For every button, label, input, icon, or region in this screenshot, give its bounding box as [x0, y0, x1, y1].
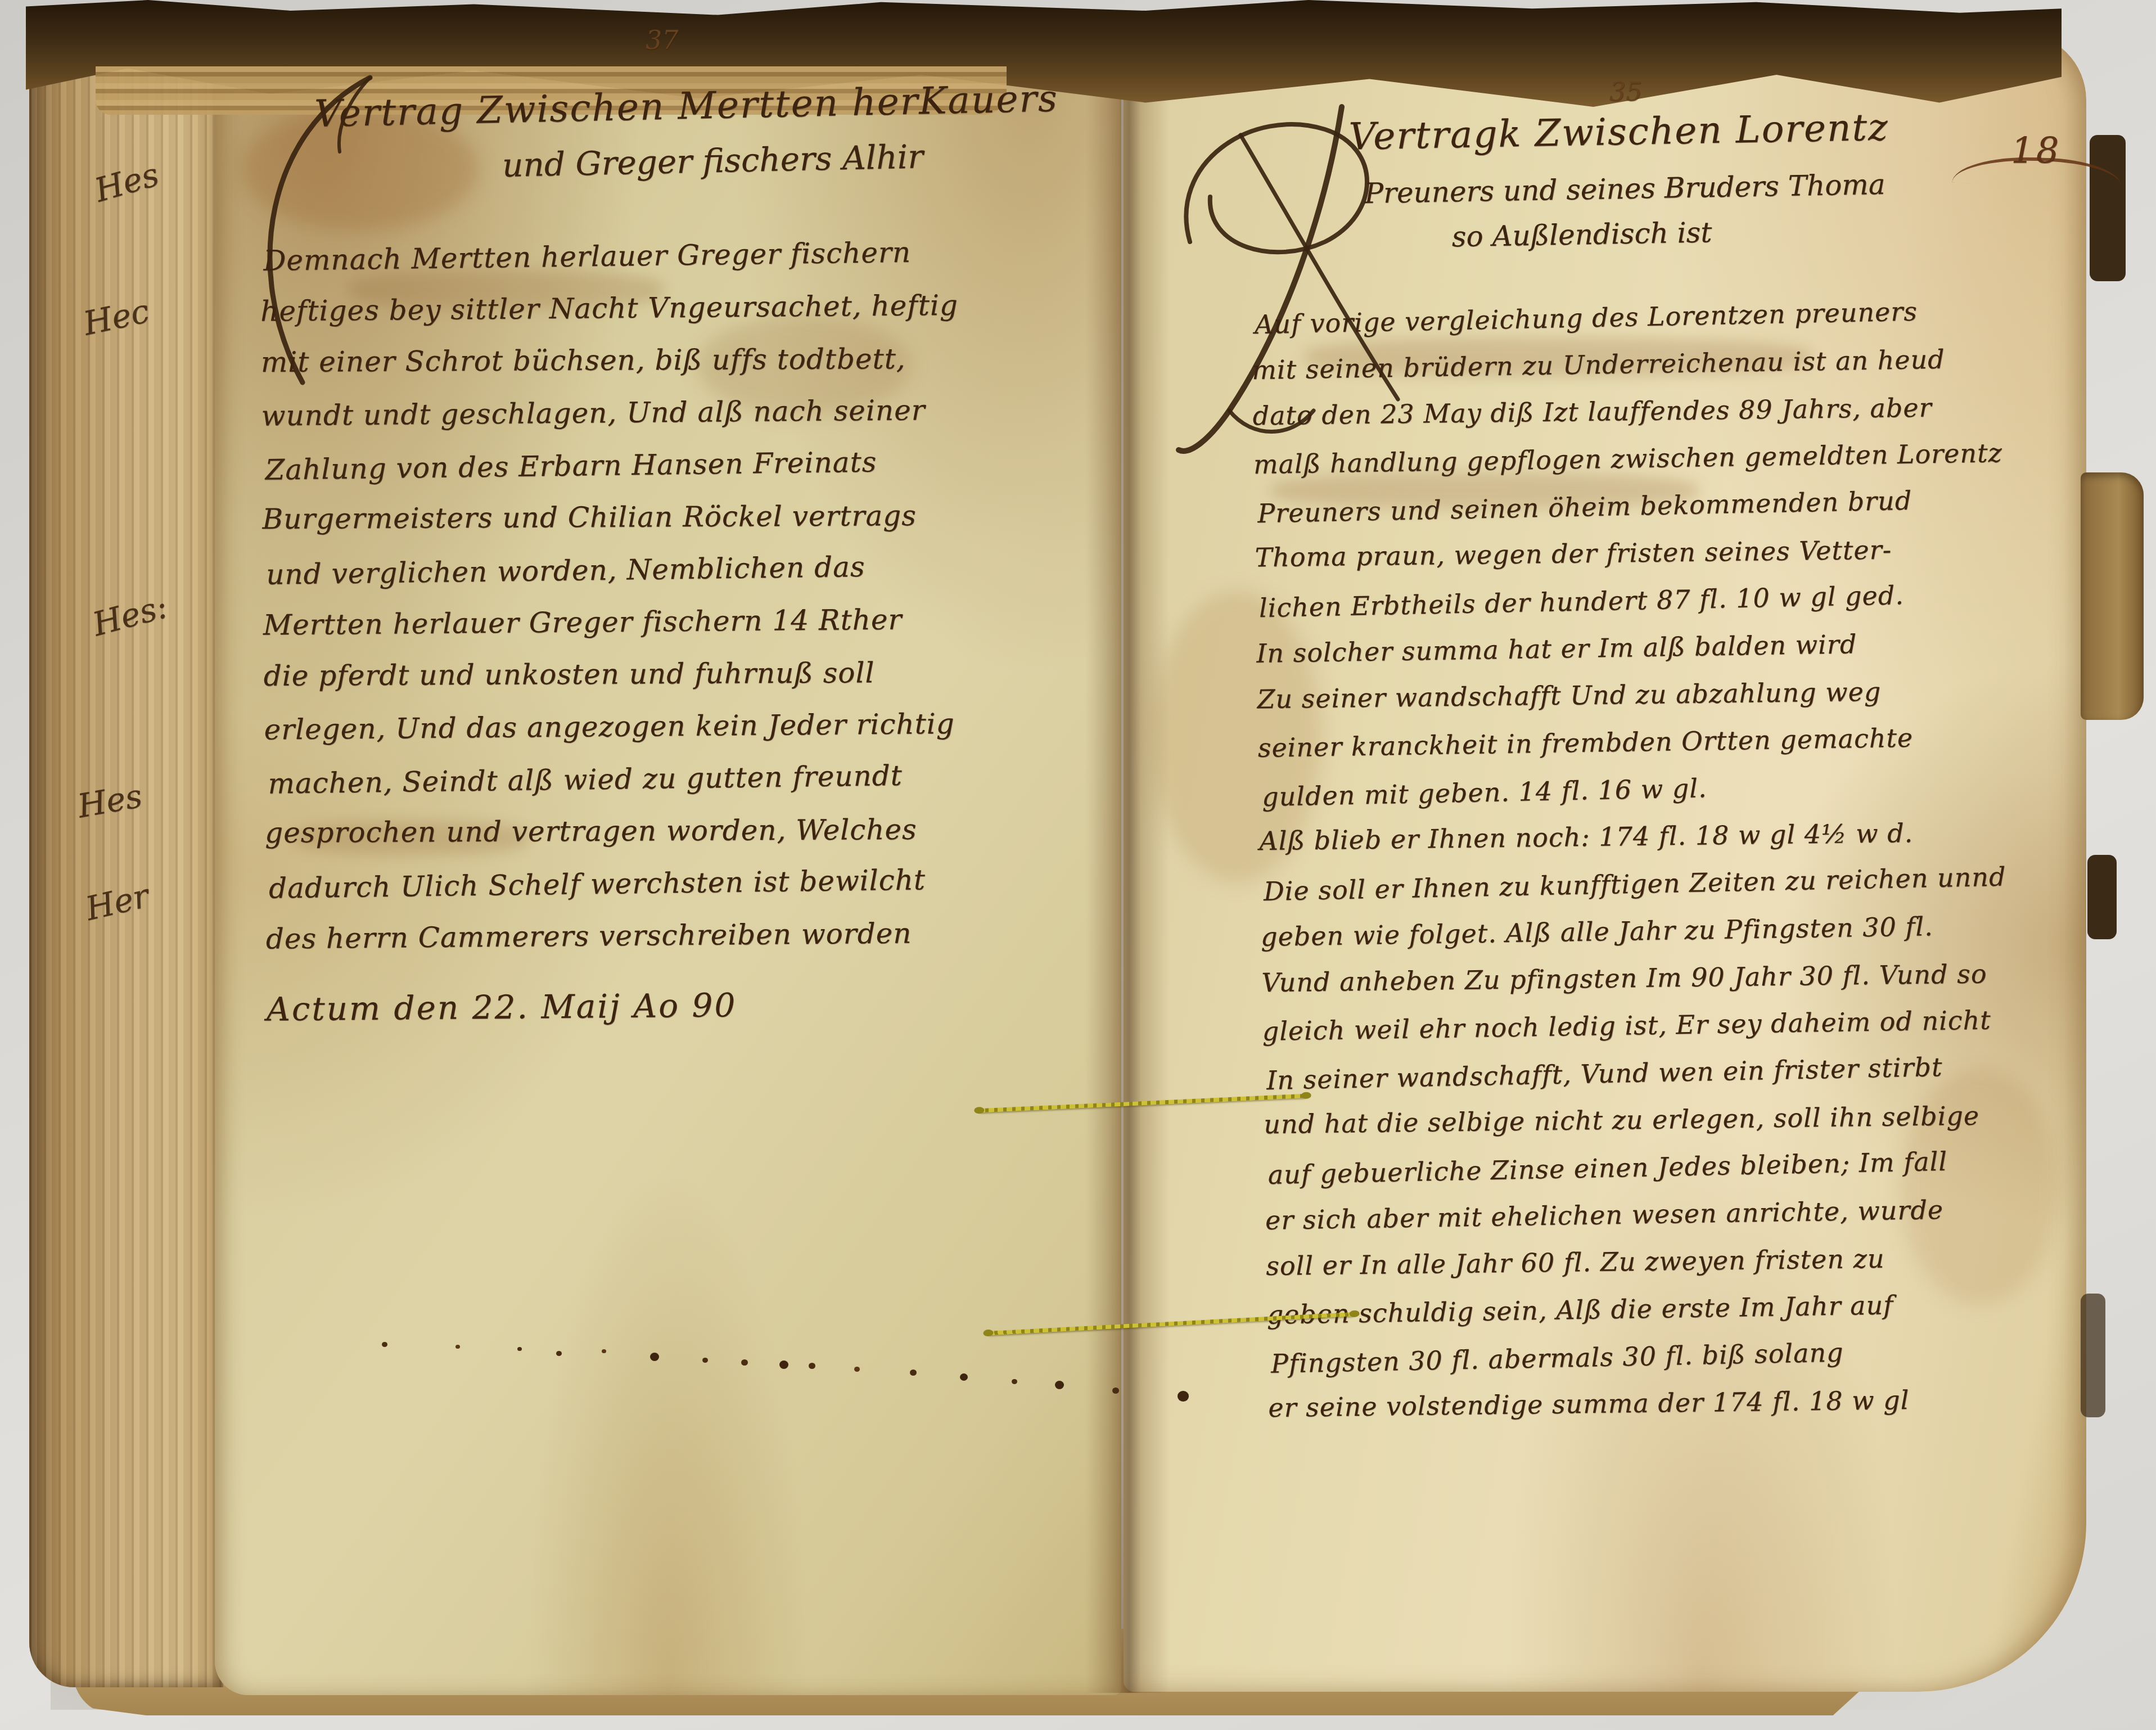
- ink-speckles: [517, 1347, 522, 1351]
- page-number-left: 37: [646, 25, 679, 55]
- manuscript-line: erlegen, Und das angezogen kein Jeder ri…: [264, 697, 1097, 756]
- manuscript-line: gesprochen und vertragen worden, Welches: [265, 803, 1097, 859]
- manuscript-line: die pferdt und unkosten und fuhrnuß soll: [263, 646, 1095, 702]
- manuscript-line: Zahlung von des Erbarn Hansen Freinats: [265, 433, 1098, 496]
- manuscript-photo: Hes Hec Hes: Hes Her 37 Vertrag Zwischen…: [0, 0, 2156, 1730]
- right-page-heading: Vertragk Zwischen Lorentz Preuners und s…: [1348, 106, 1891, 255]
- right-page-body: Auf vorige vergleichung des Lorentzen pr…: [1251, 286, 2112, 1432]
- folio-number: 18: [2011, 130, 2061, 172]
- date-line: Actum den 22. Maij Ao 90: [267, 983, 1099, 1029]
- binding-remnant: [2090, 135, 2126, 281]
- manuscript-line: Burgermeisters und Chilian Röckel vertra…: [262, 489, 1094, 546]
- fore-edge-stack: Hes Hec Hes: Hes Her: [29, 56, 223, 1687]
- manuscript-line: mit einer Schrot büchsen, biß uffs todtb…: [261, 332, 1093, 389]
- manuscript-line: Mertten herlauer Greger fischern 14 Rthe…: [263, 592, 1096, 652]
- page-number-right: 35: [1609, 76, 1643, 107]
- manuscript-line: heftiges bey sittler Nacht Vngeursachet,…: [260, 278, 1093, 338]
- left-page-body: Demnach Mertten herlauer Greger fischern…: [260, 226, 1099, 1029]
- manuscript-line: dadurch Ulich Schelf werchsten ist bewil…: [268, 852, 1101, 914]
- manuscript-line: Demnach Mertten herlauer Greger fischern: [263, 224, 1096, 287]
- manuscript-line: des herrn Cammerers verschreiben worden: [265, 906, 1098, 966]
- manuscript-line: wundt undt geschlagen, Und alß nach sein…: [261, 383, 1094, 443]
- heading-line: Preuners und seines Bruders Thoma: [1364, 168, 1890, 210]
- heading-line: Vertragk Zwischen Lorentz: [1348, 106, 1889, 159]
- left-page-heading: Vertrag Zwischen Mertten herKauers und G…: [314, 76, 1059, 188]
- manuscript-line: und verglichen worden, Nemblichen das: [266, 538, 1099, 601]
- manuscript-line: machen, Seindt alß wied zu gutten freund…: [268, 747, 1100, 810]
